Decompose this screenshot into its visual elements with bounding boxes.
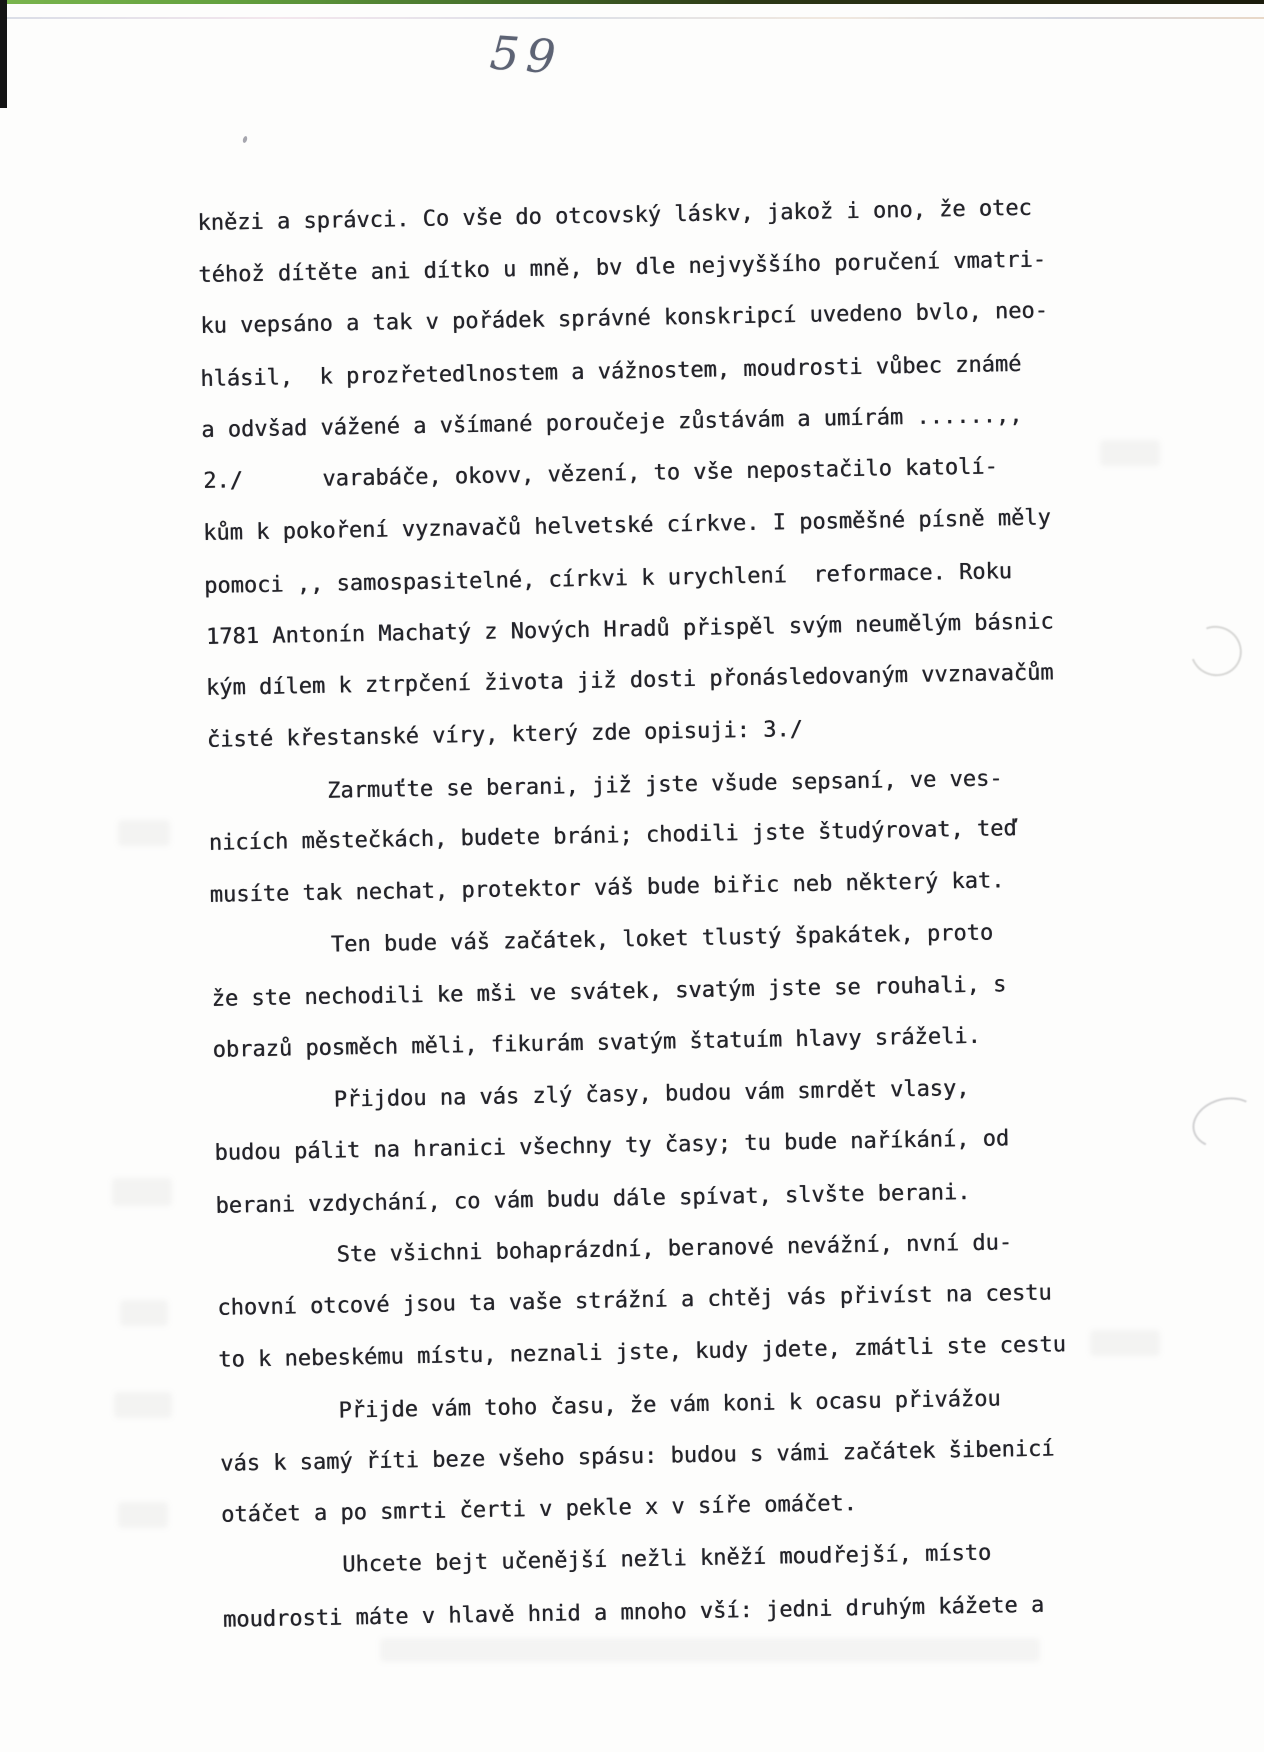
bleedthrough-noise [120,1300,168,1326]
bleedthrough-noise [114,1392,172,1418]
scanner-faint-line-artifact [0,17,1264,19]
bleedthrough-noise [380,1638,1040,1662]
typewritten-text-block: knězi a správci. Co vše do otcovský lásk… [197,181,1143,1645]
bleedthrough-noise [112,1178,172,1206]
bleedthrough-noise [118,820,170,846]
ink-speck [242,136,248,144]
handwritten-page-number: 59 [488,26,564,85]
paper-ring-stain [1182,618,1250,685]
bleedthrough-noise [118,1502,168,1528]
scanner-top-edge-artifact [6,0,1264,4]
scanned-page: 59 knězi a správci. Co vše do otcovský l… [0,0,1264,1752]
scanner-left-edge-artifact [0,0,7,108]
paper-curl-mark [1187,1091,1264,1156]
